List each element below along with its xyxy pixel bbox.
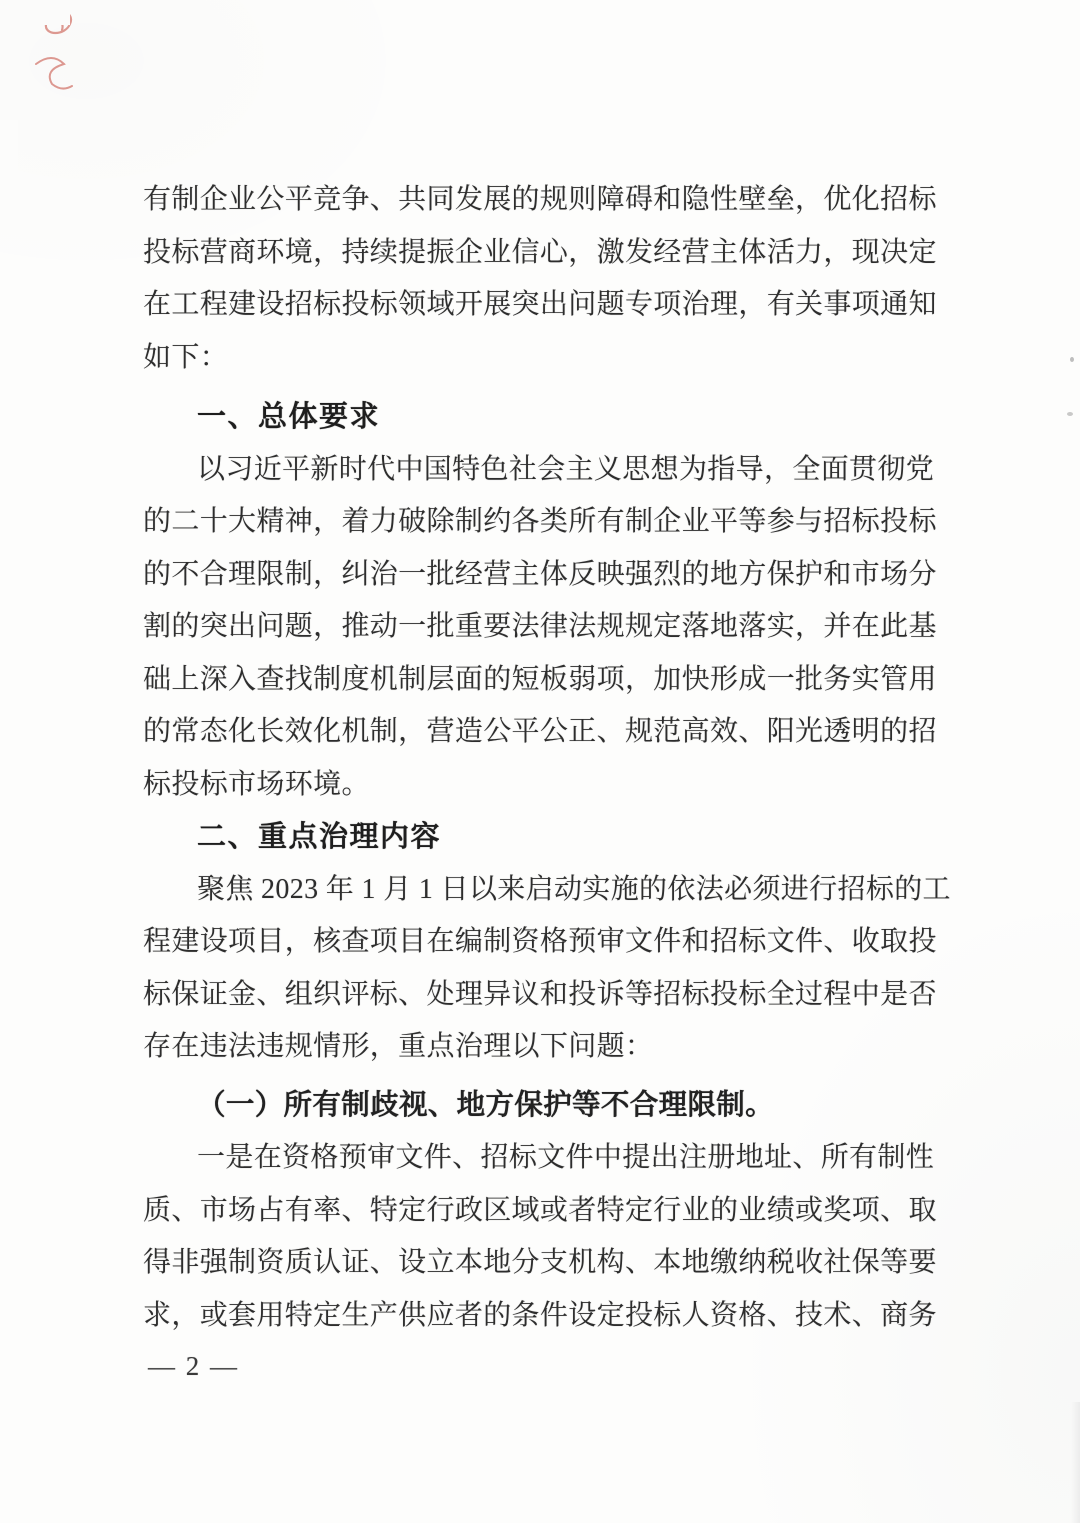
- scan-corner-patch: [0, 120, 18, 190]
- paragraph-line: 标投标市场环境。: [143, 759, 937, 812]
- section-2-heading: 二、重点治理内容: [143, 811, 937, 864]
- scan-speck: [1070, 357, 1074, 362]
- scan-corner-patch: [0, 0, 70, 25]
- paragraph-line: 有制企业公平竞争、共同发展的规则障碍和隐性壁垒，优化招标: [143, 174, 937, 227]
- scanned-document-page: 有制企业公平竞争、共同发展的规则障碍和隐性壁垒，优化招标 投标营商环境，持续提振…: [0, 0, 1080, 1523]
- paragraph-line: 标保证金、组织评标、处理异议和投诉等招标投标全过程中是否: [143, 969, 937, 1022]
- paragraph-line: 一是在资格预审文件、招标文件中提出注册地址、所有制性: [143, 1132, 937, 1185]
- scan-edge-shadow: [1071, 1402, 1080, 1523]
- paragraph-line: 在工程建设招标投标领域开展突出问题专项治理，有关事项通知: [143, 279, 937, 332]
- paragraph-line: 的常态化长效化机制，营造公平公正、规范高效、阳光透明的招: [143, 706, 937, 759]
- paragraph-line: 求，或套用特定生产供应者的条件设定投标人资格、技术、商务: [143, 1290, 937, 1343]
- paragraph-line: 程建设项目，核查项目在编制资格预审文件和招标文件、收取投: [143, 916, 937, 969]
- page-number: — 2 —: [148, 1346, 239, 1386]
- paragraph-line: 如下：: [143, 332, 937, 385]
- paragraph-line: 投标营商环境，持续提振企业信心，激发经营主体活力，现决定: [143, 227, 937, 280]
- document-body: 有制企业公平竞争、共同发展的规则障碍和隐性壁垒，优化招标 投标营商环境，持续提振…: [143, 174, 937, 1342]
- section-1-heading: 一、总体要求: [143, 391, 937, 444]
- paragraph-line: 以习近平新时代中国特色社会主义思想为指导，全面贯彻党: [143, 444, 937, 497]
- paragraph-line: 质、市场占有率、特定行政区域或者特定行业的业绩或奖项、取: [143, 1185, 937, 1238]
- paragraph-line: 得非强制资质认证、设立本地分支机构、本地缴纳税收社保等要: [143, 1237, 937, 1290]
- paragraph-line: 聚焦 2023 年 1 月 1 日以来启动实施的依法必须进行招标的工: [143, 864, 937, 917]
- scan-speck: [1067, 412, 1073, 416]
- paragraph-line: 割的突出问题，推动一批重要法律法规规定落地落实，并在此基: [143, 601, 937, 654]
- paragraph-line: 的不合理限制，纠治一批经营主体反映强烈的地方保护和市场分: [143, 549, 937, 602]
- item-1-heading: （一）所有制歧视、地方保护等不合理限制。: [143, 1080, 937, 1133]
- paragraph-line: 的二十大精神，着力破除制约各类所有制企业平等参与招标投标: [143, 496, 937, 549]
- paragraph-line: 存在违法违规情形，重点治理以下问题：: [143, 1021, 937, 1074]
- paragraph-line: 础上深入查找制度机制层面的短板弱项，加快形成一批务实管用: [143, 654, 937, 707]
